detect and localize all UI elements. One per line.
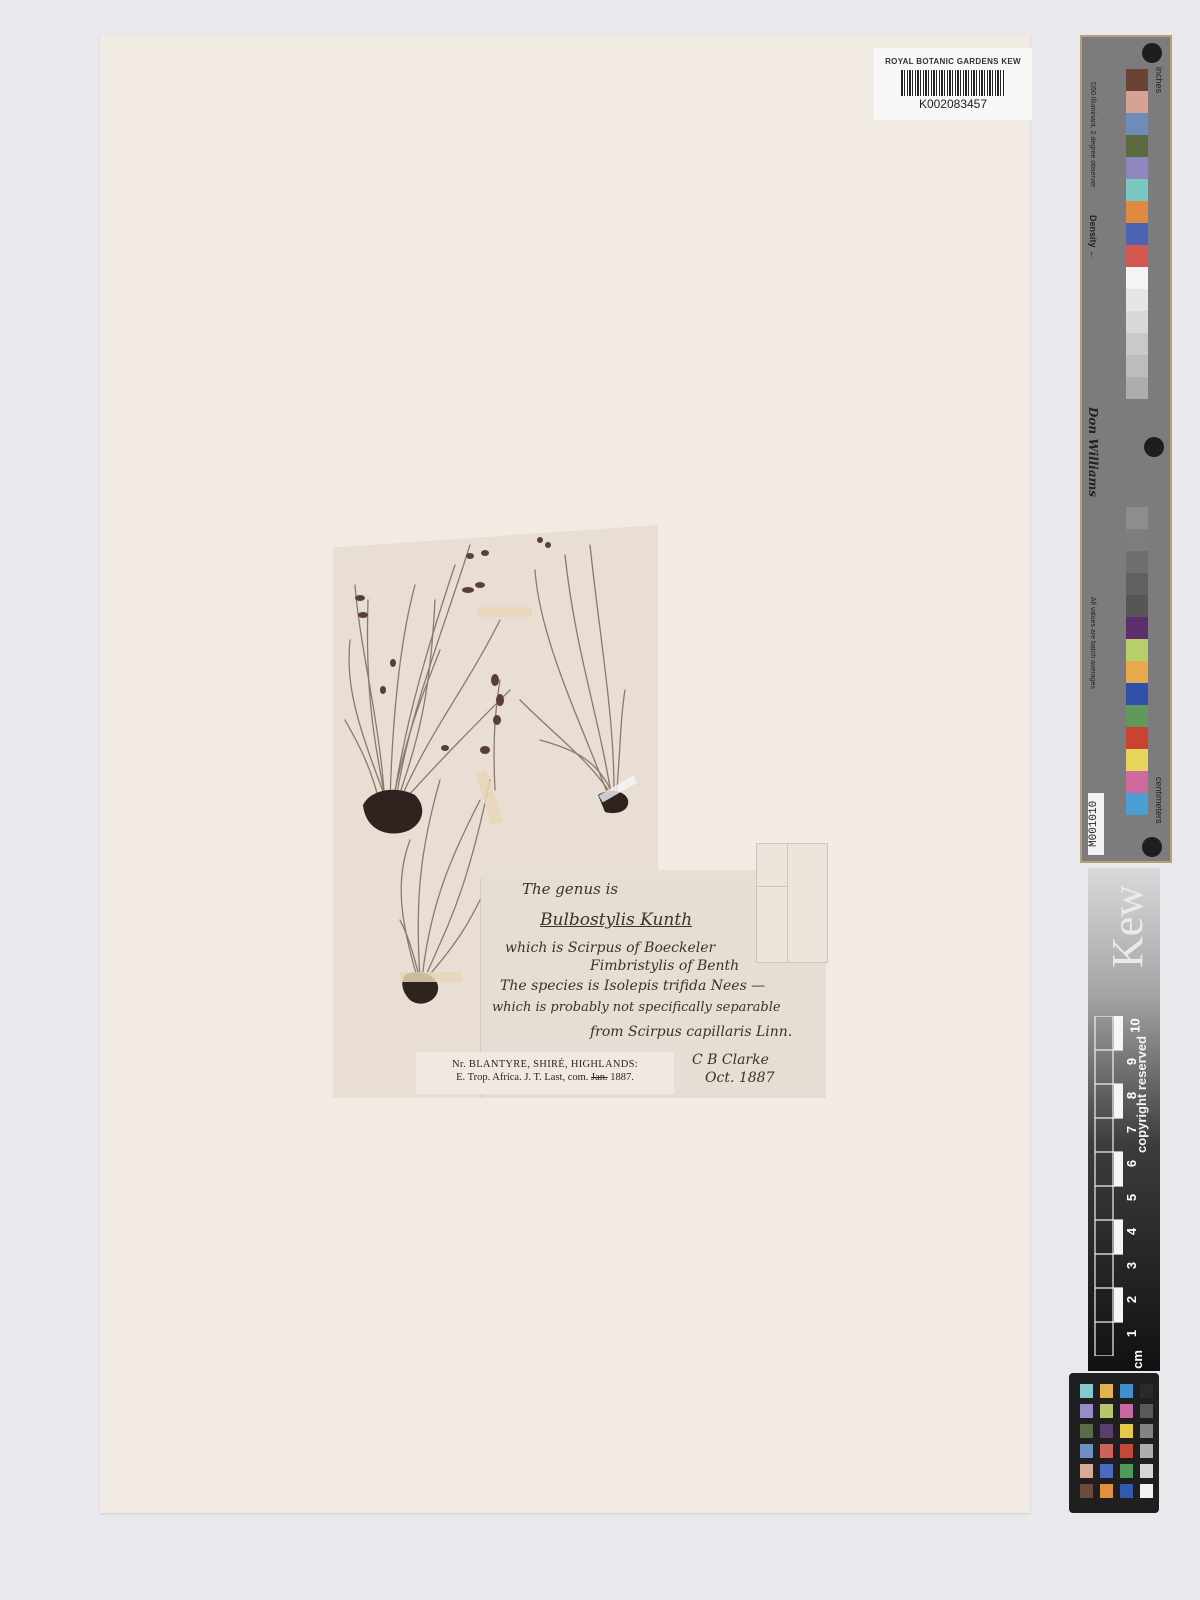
checker-patch: [1080, 1444, 1093, 1458]
color-swatch: [1126, 639, 1148, 661]
scale-tick: 9: [1124, 1058, 1139, 1065]
color-swatch: [1126, 617, 1148, 639]
scale-tick: 6: [1124, 1160, 1139, 1167]
brand-label: Don Williams: [1086, 407, 1100, 497]
scale-tick: 7: [1124, 1126, 1139, 1133]
ruler-hole-icon: [1142, 837, 1162, 857]
color-swatch: [1126, 157, 1148, 179]
color-swatch: [1126, 529, 1148, 551]
scale-tick: 4: [1124, 1228, 1139, 1235]
collector-line: E. Trop. Africa. J. T. Last, com. Jan. 1…: [416, 1072, 674, 1083]
checker-patch: [1080, 1384, 1093, 1398]
scale-tick: 8: [1124, 1092, 1139, 1099]
color-swatch: [1126, 551, 1148, 573]
scale-tick: 1: [1124, 1330, 1139, 1337]
color-swatch: [1126, 69, 1148, 91]
checker-patch: [1140, 1484, 1153, 1498]
batch-note: All values are batch averages: [1089, 597, 1096, 689]
checker-patch: [1140, 1384, 1153, 1398]
kew-scale-bar: Kew copyright reserved 10 9 8 7 6 5 4 3 …: [1088, 868, 1160, 1371]
scale-tick: 5: [1124, 1194, 1139, 1201]
annotation-line: which is Scirpus of Boeckeler: [505, 940, 715, 956]
checker-patch: [1100, 1484, 1113, 1498]
collection-year: 1887.: [610, 1072, 634, 1083]
checker-patch: [1140, 1464, 1153, 1478]
plant-specimen-icon: [0, 0, 1200, 1600]
color-swatch: [1126, 749, 1148, 771]
color-swatch: [1126, 311, 1148, 333]
color-swatch: [1126, 661, 1148, 683]
checker-patch: [1080, 1484, 1093, 1498]
density-label: Density ←: [1088, 215, 1098, 259]
checker-patch: [1100, 1424, 1113, 1438]
color-swatch: [1126, 91, 1148, 113]
checker-patch: [1120, 1484, 1133, 1498]
color-swatch: [1126, 507, 1148, 529]
annotation-line: which is probably not specifically separ…: [492, 1000, 781, 1015]
mounting-tape: [478, 607, 532, 617]
checker-patch: [1080, 1404, 1093, 1418]
chart-code: M001010: [1088, 793, 1104, 855]
color-swatch: [1126, 377, 1148, 399]
illuminant-note: D50 Illuminant, 2 degree observer: [1089, 82, 1096, 187]
struck-month: Jan.: [591, 1072, 608, 1083]
color-checker-card: [1069, 1373, 1159, 1513]
checker-patch: [1080, 1424, 1093, 1438]
locality: Nr. BLANTYRE, SHIRÉ, HIGHLANDS:: [416, 1059, 674, 1070]
checker-patch: [1120, 1384, 1133, 1398]
color-swatch: [1126, 683, 1148, 705]
color-swatch: [1126, 771, 1148, 793]
centimeters-label: centimeters: [1154, 777, 1164, 824]
kew-logo: Kew: [1102, 885, 1153, 968]
color-swatch: [1126, 573, 1148, 595]
color-swatch: [1126, 135, 1148, 157]
checker-patch: [1100, 1464, 1113, 1478]
color-swatch: [1126, 355, 1148, 377]
scale-unit: cm: [1130, 1350, 1145, 1369]
checker-patch: [1120, 1424, 1133, 1438]
color-swatch: [1126, 179, 1148, 201]
checker-patch: [1080, 1464, 1093, 1478]
scale-tick: 3: [1124, 1262, 1139, 1269]
checker-patch: [1100, 1384, 1113, 1398]
mounting-tape: [400, 972, 462, 982]
color-swatch: [1126, 245, 1148, 267]
cm-scale-icon: [1094, 1016, 1124, 1356]
color-swatch: [1126, 705, 1148, 727]
color-swatch: [1126, 267, 1148, 289]
determiner-signature: C B Clarke: [692, 1052, 769, 1068]
checker-patch: [1140, 1444, 1153, 1458]
annotation-line: from Scirpus capillaris Linn.: [590, 1024, 792, 1040]
color-swatch: [1126, 289, 1148, 311]
inches-label: inches: [1154, 67, 1164, 93]
color-swatch: [1126, 201, 1148, 223]
color-swatch: [1126, 333, 1148, 355]
collector-info: E. Trop. Africa. J. T. Last, com.: [456, 1072, 588, 1083]
ruler-hole-icon: [1144, 437, 1164, 457]
color-calibration-chart: inches centimeters Density ← Don William…: [1080, 35, 1172, 863]
color-swatch: [1126, 793, 1148, 815]
swatch-column-lower: [1126, 507, 1148, 815]
color-swatch: [1126, 595, 1148, 617]
checker-patch: [1100, 1444, 1113, 1458]
annotation-line: Fimbristylis of Benth: [590, 958, 739, 974]
checker-patch: [1120, 1464, 1133, 1478]
scale-tick: 2: [1124, 1296, 1139, 1303]
annotation-line: The genus is: [522, 880, 618, 898]
color-swatch: [1126, 223, 1148, 245]
annotation-line: Bulbostylis Kunth: [540, 910, 692, 930]
color-swatch: [1126, 113, 1148, 135]
swatch-column-upper: [1126, 69, 1148, 399]
color-swatch: [1126, 727, 1148, 749]
annotation-line: The species is Isolepis trifida Nees —: [500, 978, 765, 994]
checker-patch: [1120, 1444, 1133, 1458]
collection-label: Nr. BLANTYRE, SHIRÉ, HIGHLANDS: E. Trop.…: [416, 1052, 674, 1094]
checker-patch: [1140, 1404, 1153, 1418]
determination-date: Oct. 1887: [705, 1070, 774, 1086]
scale-tick: 10: [1128, 1018, 1143, 1032]
ruler-hole-icon: [1142, 43, 1162, 63]
checker-patch: [1140, 1424, 1153, 1438]
checker-patch: [1120, 1404, 1133, 1418]
checker-patch: [1100, 1404, 1113, 1418]
